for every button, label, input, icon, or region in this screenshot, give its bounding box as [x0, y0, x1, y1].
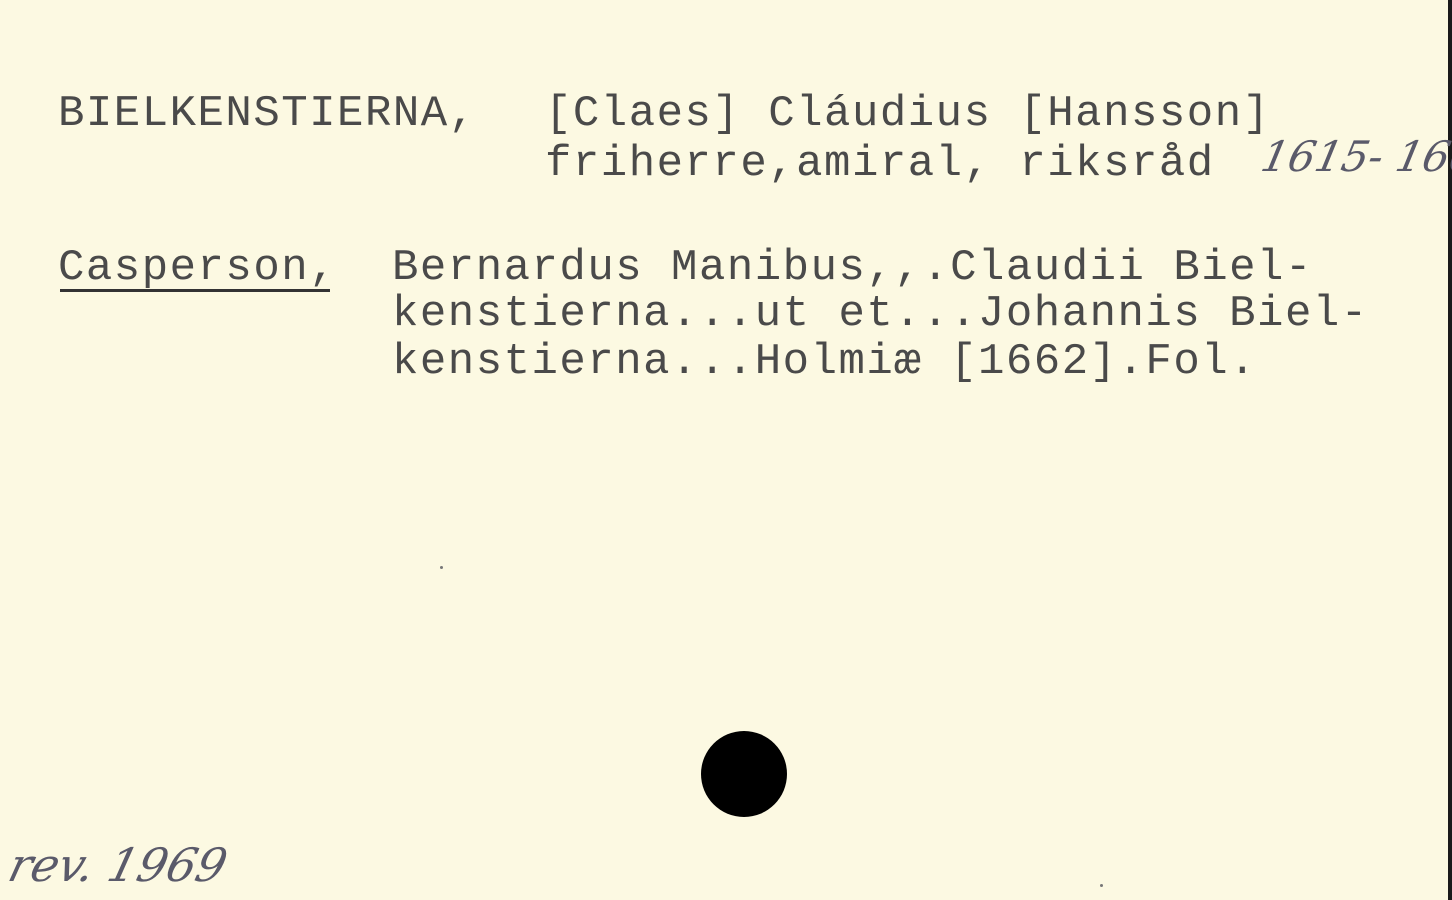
paper-speck: [440, 566, 443, 569]
heading-surname: BIELKENSTIERNA,: [58, 92, 477, 136]
author-underline: [60, 289, 330, 292]
entry-line-1: Bernardus Manibus,,.Claudii Biel-: [392, 246, 1313, 290]
handwritten-dates: 1615- 1662: [1258, 136, 1452, 178]
entry-line-3: kenstierna...Holmiæ [1662].Fol.: [392, 340, 1257, 384]
paper-speck: [1100, 884, 1103, 887]
catalog-card: BIELKENSTIERNA, [Claes] Cláudius [Hansso…: [0, 0, 1452, 900]
punch-hole: [701, 731, 787, 817]
entry-author: Casperson,: [58, 246, 337, 290]
entry-line-2: kenstierna...ut et...Johannis Biel-: [392, 292, 1369, 336]
heading-titles: friherre,amiral, riksråd: [545, 142, 1215, 186]
heading-given-names: [Claes] Cláudius [Hansson]: [545, 92, 1271, 136]
handwritten-revision-note: rev. 1969: [4, 842, 232, 888]
